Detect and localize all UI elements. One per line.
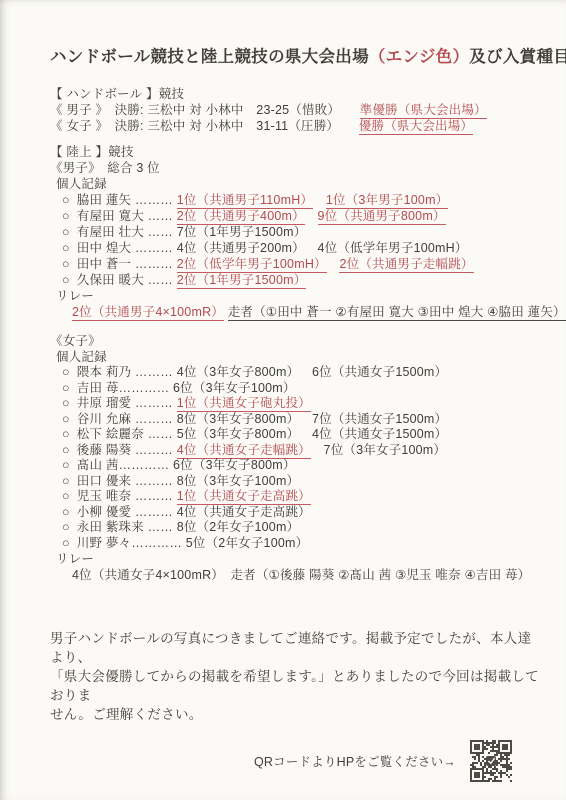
athlete-result: 2位（低学年男子100mH） (177, 257, 327, 273)
track-women-individual-list: ○隈本 莉乃 ……… 4位（3年女子800m） 6位（共通女子1500m） ○吉… (50, 365, 540, 551)
athlete-result: 4位（共通女子走幅跳） (177, 443, 311, 459)
athlete-name: 永田 紫珠来 …… (77, 520, 173, 534)
circle-bullet: ○ (62, 209, 70, 223)
athlete-row: ○井原 瑠愛 ……… 1位（共通女子砲丸投） (50, 396, 540, 412)
track-women-individual-label: 個人記録 (50, 349, 540, 365)
athlete-name: 有屋田 壮大 …… (77, 225, 173, 239)
circle-bullet: ○ (62, 536, 70, 550)
qr-note-label: QRコードよりHPをご覧ください→ (254, 752, 456, 770)
circle-bullet: ○ (62, 381, 70, 395)
circle-bullet: ○ (62, 257, 70, 271)
athlete-name: 谷川 允麻 ……… (77, 412, 173, 426)
athlete-row: ○永田 紫珠来 …… 8位（2年女子100m） (50, 520, 540, 536)
athlete-result: 7位（1年男子1500m） (177, 225, 307, 239)
athlete-name: 脇田 蓮矢 ……… (77, 193, 173, 207)
athlete-result: 1位（共通男子110mH） (177, 193, 313, 209)
athlete-result: 9位（共通男子800m） (318, 209, 446, 225)
track-men-heading: 《男子》 総合 3 位 (50, 160, 540, 176)
handball-men-score: 《 男子 》 決勝: 三松中 対 小林中 23-25（惜敗） (50, 103, 340, 117)
circle-bullet: ○ (62, 520, 70, 534)
handball-women-score: 《 女子 》 決勝: 三松中 対 小林中 31-11（圧勝） (50, 119, 339, 133)
circle-bullet: ○ (62, 489, 70, 503)
athlete-result: 8位（2年女子100m） (177, 520, 300, 534)
athlete-result: 1位（共通女子砲丸投） (177, 396, 311, 412)
footer-line: せん。ご理解ください。 (50, 705, 540, 724)
athlete-name: 隈本 莉乃 ……… (77, 365, 173, 379)
document-page: ハンドボール競技と陸上競技の県大会出場（エンジ色）及び入賞種目 【 ハンドボール… (0, 0, 566, 800)
athlete-result: 4位（3年女子800m） (177, 365, 300, 379)
track-women-relay-label: リレー (50, 551, 540, 567)
circle-bullet: ○ (62, 427, 70, 441)
athlete-row: ○谷川 允麻 ……… 8位（3年女子800m） 7位（共通女子1500m） (50, 412, 540, 428)
athlete-result: 2位（共通男子走幅跳） (339, 257, 473, 273)
athlete-name: 田中 煌大 ……… (77, 241, 173, 255)
athlete-result: 1位（共通女子走高跳） (177, 489, 311, 505)
athlete-result: 5位（3年女子800m） (177, 427, 300, 441)
circle-bullet: ○ (62, 193, 70, 207)
athlete-result: 5位（2年女子100m） (186, 536, 309, 550)
athlete-result: 2位（1年男子1500m） (177, 273, 307, 289)
athlete-result: 7位（共通女子1500m） (312, 412, 447, 426)
athlete-result: 6位（3年女子800m） (173, 458, 296, 472)
athlete-row: ○髙山 茜………… 6位（3年女子800m） (50, 458, 540, 474)
athlete-row: ○児玉 唯奈 ……… 1位（共通女子走高跳） (50, 489, 540, 505)
athlete-name: 田中 蒼一 ……… (77, 257, 173, 271)
athlete-result: 4位（共通女子1500m） (312, 427, 447, 441)
athlete-result: 8位（3年女子800m） (177, 412, 300, 426)
footer-note: 男子ハンドボールの写真につきましてご連絡です。掲載予定でしたが、本人達より、 「… (50, 629, 540, 724)
track-men-relay-label: リレー (50, 288, 540, 304)
track-section-heading: 【 陸上 】競技 (50, 144, 540, 160)
athlete-row: ○後藤 陽葵 ……… 4位（共通女子走幅跳） 7位（3年女子100m） (50, 443, 540, 459)
athlete-row: ○松下 絵麗奈 …… 5位（3年女子800m） 4位（共通女子1500m） (50, 427, 540, 443)
circle-bullet: ○ (62, 241, 70, 255)
athlete-row: ○久保田 暖大 …… 2位（1年男子1500m） (50, 272, 540, 288)
circle-bullet: ○ (62, 396, 70, 410)
athlete-name: 川野 夢々………… (77, 536, 182, 550)
athlete-name: 髙山 茜………… (77, 458, 170, 472)
circle-bullet: ○ (62, 273, 70, 287)
circle-bullet: ○ (62, 365, 70, 379)
athlete-row: ○小柳 優愛 ……… 4位（共通女子走高跳） (50, 505, 540, 521)
athlete-result: 2位（共通男子400m） (177, 209, 305, 225)
title-text-1: ハンドボール競技と陸上競技の県大会出場 (50, 48, 369, 66)
athlete-row: ○有屋田 寛大 …… 2位（共通男子400m） 9位（共通男子800m） (50, 208, 540, 224)
athlete-name: 田口 優来 ……… (77, 474, 173, 488)
footer-line: 男子ハンドボールの写真につきましてご連絡です。掲載予定でしたが、本人達より、 (50, 629, 540, 667)
athlete-row: ○有屋田 壮大 …… 7位（1年男子1500m） (50, 224, 540, 240)
footer-line: 「県大会優勝してからの掲載を希望します。」とありましたので今回は掲載しておりま (50, 667, 540, 705)
athlete-result: 4位（共通女子走高跳） (177, 505, 311, 519)
athlete-result: 1位（3年男子100m） (326, 193, 449, 209)
athlete-result: 8位（3年女子100m） (177, 474, 300, 488)
relay-runners: 走者（①田中 蒼一 ②有屋田 寛大 ③田中 煌大 ④脇田 蓮矢） (228, 305, 566, 321)
track-women-heading: 《女子》 (50, 333, 540, 349)
circle-bullet: ○ (62, 412, 70, 426)
athlete-row: ○田中 煌大 ……… 4位（共通男子200m） 4位（低学年男子100mH） (50, 240, 540, 256)
athlete-name: 後藤 陽葵 ……… (77, 443, 173, 457)
circle-bullet: ○ (62, 505, 70, 519)
athlete-result: 7位（3年女子100m） (324, 443, 447, 457)
track-men-relay-row: 2位（共通男子4×100mR） 走者（①田中 蒼一 ②有屋田 寛大 ③田中 煌大… (50, 304, 540, 320)
handball-women-row: 《 女子 》 決勝: 三松中 対 小林中 31-11（圧勝） 優勝（県大会出場） (50, 118, 540, 134)
title-text-2: 及び入賞種目 (469, 48, 566, 66)
athlete-name: 有屋田 寛大 …… (77, 209, 173, 223)
circle-bullet: ○ (62, 443, 70, 457)
handball-men-result: 準優勝（県大会出場） (360, 103, 487, 119)
athlete-result: 6位（共通女子1500m） (312, 365, 447, 379)
track-men-individual-label: 個人記録 (50, 176, 540, 192)
circle-bullet: ○ (62, 225, 70, 239)
qr-section: QRコードよりHPをご覧ください→ (50, 739, 540, 783)
athlete-row: ○田中 蒼一 ……… 2位（低学年男子100mH） 2位（共通男子走幅跳） (50, 256, 540, 272)
handball-section-heading: 【 ハンドボール 】競技 (50, 86, 540, 102)
athlete-name: 井原 瑠愛 ……… (77, 396, 173, 410)
athlete-row: ○川野 夢々………… 5位（2年女子100m） (50, 536, 540, 552)
relay-result: 2位（共通男子4×100mR） (72, 305, 224, 321)
track-women-relay-row: 4位（共通女子4×100mR） 走者（①後藤 陽葵 ②髙山 茜 ③児玉 唯奈 ④… (50, 567, 540, 583)
circle-bullet: ○ (62, 458, 70, 472)
athlete-row: ○田口 優来 ……… 8位（3年女子100m） (50, 474, 540, 490)
circle-bullet: ○ (62, 474, 70, 488)
qr-code-icon (470, 739, 512, 783)
athlete-name: 松下 絵麗奈 …… (77, 427, 173, 441)
athlete-result: 4位（共通男子200m） (177, 241, 305, 255)
athlete-row: ○隈本 莉乃 ……… 4位（3年女子800m） 6位（共通女子1500m） (50, 365, 540, 381)
athlete-name: 小柳 優愛 ……… (77, 505, 173, 519)
athlete-name: 吉田 苺………… (77, 381, 170, 395)
page-title: ハンドボール競技と陸上競技の県大会出場（エンジ色）及び入賞種目 (50, 46, 540, 68)
title-text-red: （エンジ色） (369, 48, 469, 66)
athlete-result: 4位（低学年男子100mH） (318, 241, 468, 255)
handball-men-row: 《 男子 》 決勝: 三松中 対 小林中 23-25（惜敗） 準優勝（県大会出場… (50, 102, 540, 118)
track-men-individual-list: ○脇田 蓮矢 ……… 1位（共通男子110mH） 1位（3年男子100m） ○有… (50, 192, 540, 288)
handball-women-result: 優勝（県大会出場） (359, 119, 473, 135)
athlete-row: ○脇田 蓮矢 ……… 1位（共通男子110mH） 1位（3年男子100m） (50, 192, 540, 208)
athlete-result: 6位（3年女子100m） (173, 381, 296, 395)
athlete-name: 久保田 暖大 …… (77, 273, 173, 287)
athlete-name: 児玉 唯奈 ……… (77, 489, 173, 503)
athlete-row: ○吉田 苺………… 6位（3年女子100m） (50, 381, 540, 397)
